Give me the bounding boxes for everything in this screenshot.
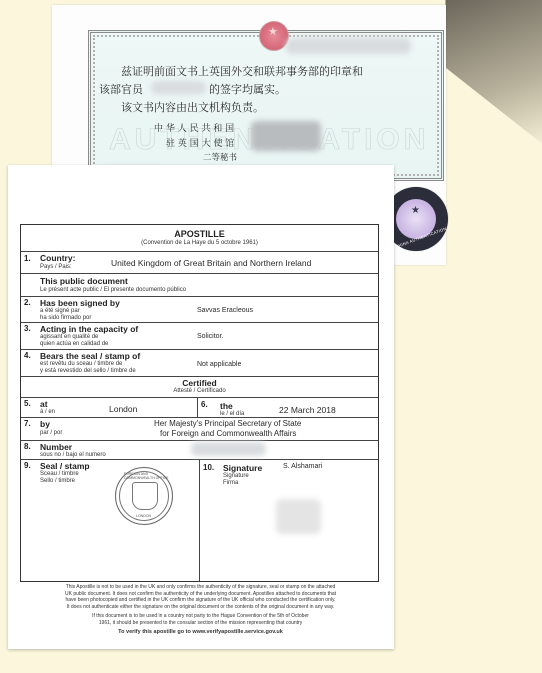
field-public-document: This public document Le présent acte pub…	[21, 273, 378, 297]
verify-link[interactable]: To verify this apostille go to www.verif…	[28, 629, 373, 636]
cert-line-3: 该文书内容由出文机构负责。	[121, 99, 264, 115]
fco-crest-seal: FOREIGN AND COMMONWEALTH OFFICE LONDON	[115, 467, 173, 525]
hague-notice: If this document is to be used in a coun…	[28, 613, 373, 626]
issuer-title: 二等秘书	[203, 151, 237, 163]
field-capacity: 3. Acting in the capacity of agissant en…	[21, 322, 378, 350]
field-by: 7. by par / por Her Majesty's Principal …	[21, 417, 378, 441]
value-seal-of: Not applicable	[197, 361, 241, 368]
cert-line-2-suffix: 的签字均属实。	[209, 81, 286, 97]
apostille-page: APOSTILLE (Convention de La Haye du 5 oc…	[8, 165, 394, 649]
apostille-title: APOSTILLE	[21, 229, 378, 239]
value-by-line-2: for Foreign and Commonwealth Affairs	[160, 429, 296, 438]
field-at-date: 5. at à / en London 6. the le / el día 2…	[21, 397, 378, 418]
cert-line-1: 兹证明前面文书上英国外交和联邦事务部的印章和	[121, 63, 363, 79]
value-signed-by: Savvas Eracleous	[197, 307, 253, 314]
value-country: United Kingdom of Great Britain and Nort…	[111, 258, 311, 268]
field-country: 1. Country: Pays / Pais: United Kingdom …	[21, 251, 378, 274]
field-signed-by: 2. Has been signed by a été signé par ha…	[21, 296, 378, 323]
certified-header: Certified Attesté / Certificado	[21, 376, 378, 398]
value-signature-name: S. Alshamari	[283, 463, 322, 470]
issuer-line-1: 中 华 人 民 共 和 国	[154, 121, 234, 134]
issuer-line-2: 驻 英 国 大 使 馆	[166, 136, 234, 149]
redacted-signature	[276, 499, 321, 534]
value-at: London	[109, 404, 137, 414]
field-seal-of: 4. Bears the seal / stamp of est revêtu …	[21, 349, 378, 377]
apostille-header: APOSTILLE (Convention de La Haye du 5 oc…	[21, 225, 378, 252]
certificate-frame: AUTHENTICATION 兹证明前面文书上英国外交和联邦事务部的印章和 该部…	[88, 30, 444, 181]
redacted-name	[151, 81, 206, 94]
value-date: 22 March 2018	[279, 405, 336, 415]
label-country: Country:	[40, 253, 75, 263]
redacted-block	[286, 38, 411, 54]
field-seal-signature: 9. Seal / stamp Sceau / timbre Sello / t…	[21, 459, 378, 581]
national-emblem-icon	[259, 21, 289, 51]
cert-line-2-prefix: 该部官员	[99, 81, 143, 97]
redacted-signature	[251, 121, 321, 151]
apostille-table: APOSTILLE (Convention de La Haye du 5 oc…	[20, 224, 379, 582]
star-icon: ★	[411, 205, 420, 216]
field-number: 8. Number sous no / bajo el numero	[21, 440, 378, 460]
value-capacity: Solicitor.	[197, 333, 223, 340]
background-shadow	[440, 0, 542, 150]
redacted-number	[191, 442, 266, 456]
apostille-disclaimer: This Apostille is not to be used in the …	[28, 584, 373, 610]
royal-coat-of-arms-icon	[132, 482, 158, 510]
value-by-line-1: Her Majesty's Principal Secretary of Sta…	[154, 419, 301, 428]
apostille-subtitle: (Convention de La Haye du 5 octobre 1961…	[21, 240, 378, 248]
